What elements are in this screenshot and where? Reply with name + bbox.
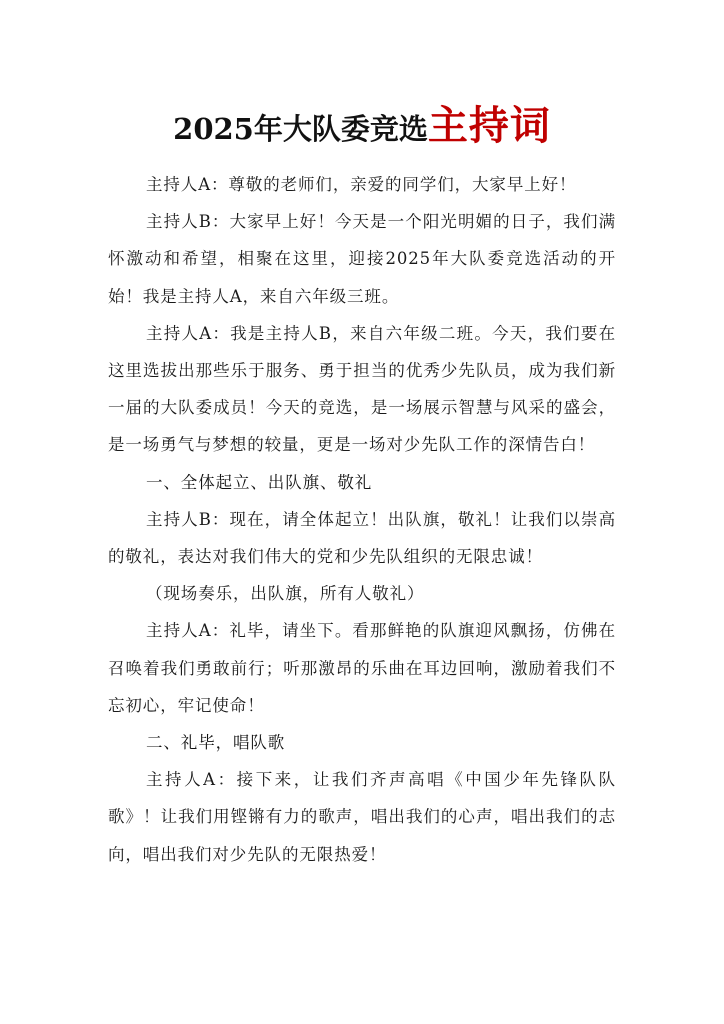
section-heading-flag-ceremony: 一、全体起立、出队旗、敬礼 [108,464,616,501]
paragraph-host-a-greeting: 主持人A：尊敬的老师们，亲爱的同学们，大家早上好！ [108,166,616,203]
document-page: 2025年大队委竞选主持词 主持人A：尊敬的老师们，亲爱的同学们，大家早上好！ … [0,0,724,1024]
paragraph-host-a-anthem: 主持人A：接下来，让我们齐声高唱《中国少年先锋队队歌》！让我们用铿锵有力的歌声，… [108,761,616,873]
paragraph-host-a-sit-down: 主持人A：礼毕，请坐下。看那鲜艳的队旗迎风飘扬，仿佛在召唤着我们勇敢前行；听那激… [108,612,616,724]
document-title: 2025年大队委竞选主持词 [0,100,724,152]
document-body: 主持人A：尊敬的老师们，亲爱的同学们，大家早上好！ 主持人B：大家早上好！今天是… [108,166,616,873]
paragraph-host-b-salute: 主持人B：现在，请全体起立！出队旗，敬礼！让我们以崇高的敬礼，表达对我们伟大的党… [108,501,616,575]
stage-direction-music: （现场奏乐，出队旗，所有人敬礼） [108,575,616,612]
title-accent-text: 主持词 [428,102,551,149]
title-main-text: 2025年大队委竞选 [173,112,428,146]
section-heading-anthem: 二、礼毕，唱队歌 [108,724,616,761]
paragraph-host-a-intro: 主持人A：我是主持人B，来自六年级二班。今天，我们要在这里选拔出那些乐于服务、勇… [108,315,616,464]
paragraph-host-b-intro: 主持人B：大家早上好！今天是一个阳光明媚的日子，我们满怀激动和希望，相聚在这里，… [108,203,616,315]
